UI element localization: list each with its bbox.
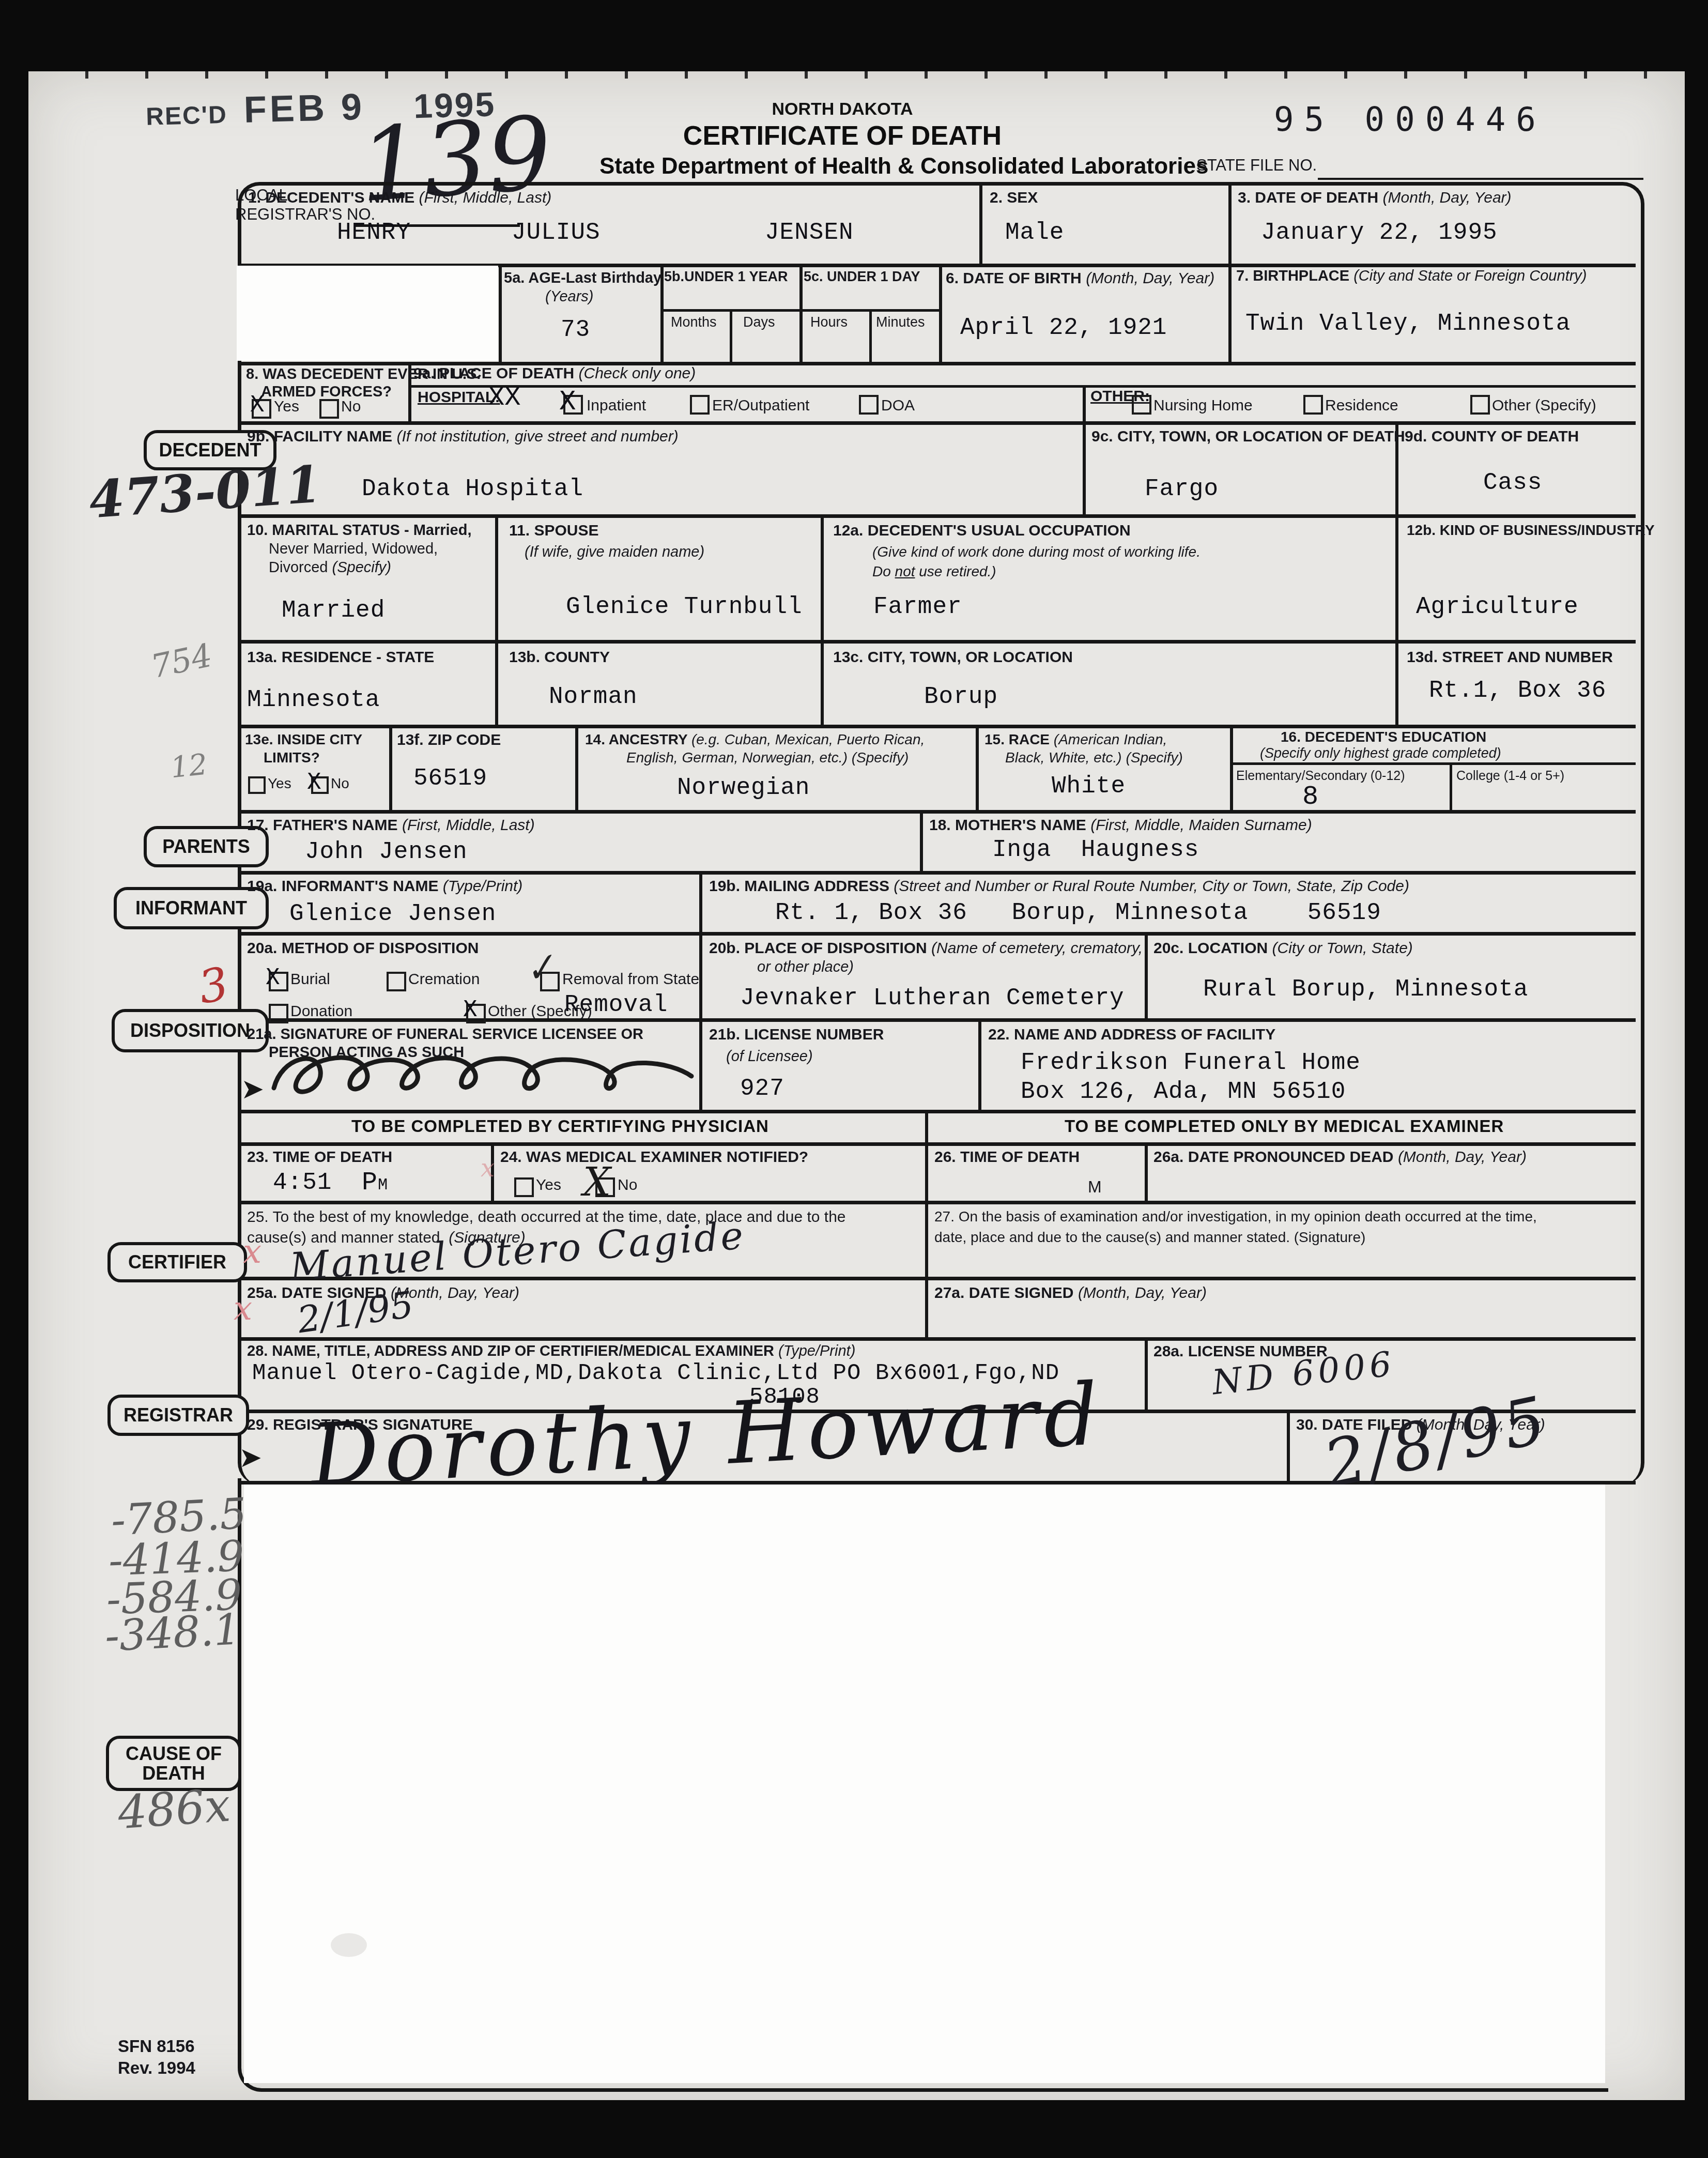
birthplace-value: Twin Valley, Minnesota [1245,310,1571,337]
field26-label: 26. TIME OF DEATH [934,1149,1080,1166]
other-specify-checkbox [1470,395,1490,415]
form-revision: Rev. 1994 [118,2058,195,2078]
field19a-label: 19a. INFORMANT'S NAME (Type/Print) [247,878,522,895]
field20a-label: 20a. METHOD OF DISPOSITION [247,940,479,957]
field9b-label: 9b. FACILITY NAME (If not institution, g… [247,428,679,446]
signature-arrow-icon: ➤ [241,1073,264,1105]
field12b-label: 12b. KIND OF BUSINESS/INDUSTRY [1407,522,1655,539]
pink-x-mark-25: x [243,1233,261,1271]
tab-certifier: CERTIFIER [107,1242,247,1282]
industry-value: Agriculture [1416,593,1579,620]
burial-mark: X [266,965,280,991]
field11-label: 11. SPOUSE [509,522,598,540]
other-disposition-mark: X [463,997,478,1023]
inpatient-label: Inpatient [587,397,646,415]
informant-name-value: Glenice Jensen [289,900,496,927]
mother-name-value: Inga Haugness [992,836,1199,863]
field12a-hint-2: Do not use retired.) [872,563,996,580]
donation-checkbox [269,1004,288,1023]
nursing-home-label: Nursing Home [1153,397,1253,415]
examiner-notified-yes-checkbox [514,1177,534,1197]
state-name: NORTH DAKOTA [599,99,1085,119]
field15-label: 15. RACE (American Indian, [984,731,1167,748]
tab-disposition: DISPOSITION [112,1009,269,1052]
field5b-months-label: Months [671,314,717,330]
examiner-notified-no-mark: X [583,1159,611,1205]
field10-label-2: Never Married, Widowed, [269,541,438,558]
armed-forces-yes-label: Yes [274,398,299,416]
field13e-label-1: 13e. INSIDE CITY [245,731,362,748]
armed-forces-no-checkbox [319,399,339,419]
er-outpatient-label: ER/Outpatient [712,397,809,415]
field27a-label: 27a. DATE SIGNED (Month, Day, Year) [934,1284,1207,1302]
tab-informant: INFORMANT [114,887,269,929]
doa-label: DOA [881,397,915,415]
field9d-label: 9d. COUNTY OF DEATH [1405,428,1579,446]
spouse-value: Glenice Turnbull [566,593,803,620]
field23-label: 23. TIME OF DEATH [247,1149,392,1166]
field24-label: 24. WAS MEDICAL EXAMINER NOTIFIED? [500,1149,808,1166]
field7-label: 7. BIRTHPLACE (City and State or Foreign… [1236,268,1587,285]
field12a-label: 12a. DECEDENT'S USUAL OCCUPATION [833,522,1131,540]
funeral-licensee-signature [269,1039,698,1106]
date-of-death-value: January 22, 1995 [1261,219,1498,246]
field10-label-1: 10. MARITAL STATUS - Married, [247,522,472,539]
field9a-label: 9a. PLACE OF DEATH (Check only one) [413,365,696,382]
field14-label: 14. ANCESTRY (e.g. Cuban, Mexican, Puert… [585,731,925,748]
donation-label: Donation [290,1003,352,1020]
field13c-label: 13c. CITY, TOWN, OR LOCATION [833,649,1073,666]
examiner-notified-no-label: No [618,1176,637,1194]
perforation-edge [28,71,1685,79]
city-of-death-value: Fargo [1145,476,1219,502]
time-of-death-ampm: PM [362,1168,388,1198]
race-value: White [1052,773,1126,800]
field5c-hours-label: Hours [810,314,848,330]
doa-checkbox [859,395,879,415]
field15-hint-2: Black, White, etc.) (Specify) [1005,749,1183,766]
scanned-death-certificate: REC'D FEB 9 1995 LOCAL REGISTRAR'S NO. 1… [0,0,1708,2158]
field20b-hint-2: or other place) [757,959,854,976]
field6-label: 6. DATE OF BIRTH (Month, Day, Year) [946,270,1214,287]
inpatient-mark: X [559,387,576,418]
tab-cause-line2: DEATH [142,1764,205,1783]
date-of-birth-value: April 22, 1921 [960,314,1167,341]
decedent-last-name: JENSEN [765,219,854,246]
other-disposition-value: Removal [564,991,668,1018]
margin-note-12: 12 [169,747,209,785]
informant-address-value: Rt. 1, Box 36 Borup, Minnesota 56519 [775,899,1381,926]
field13e-label-2: LIMITS? [264,749,320,766]
cause-of-death-redaction [244,1484,1605,2083]
ssn-redaction [237,266,498,361]
state-file-number: 95 000446 [1274,101,1546,139]
cremation-label: Cremation [408,971,480,988]
stamp-recd: REC'D [146,101,228,131]
field16-college-label: College (1-4 or 5+) [1456,769,1564,784]
field13a-label: 13a. RESIDENCE - STATE [247,649,434,666]
decedent-first-name: HENRY [337,219,411,246]
facility-name-value: Dakota Hospital [362,476,583,502]
field9c-label: 9c. CITY, TOWN, OR LOCATION OF DEATH [1091,428,1405,446]
field5c-minutes-label: Minutes [876,314,925,330]
state-file-label: STATE FILE NO. [1196,156,1317,175]
tab-cause-line1: CAUSE OF [126,1744,222,1764]
field28-label: 28. NAME, TITLE, ADDRESS AND ZIP OF CERT… [247,1343,855,1360]
field26a-label: 26a. DATE PRONOUNCED DEAD (Month, Day, Y… [1153,1149,1527,1166]
residence-label: Residence [1325,397,1398,415]
field16-label: 16. DECEDENT'S EDUCATION [1281,729,1486,745]
field27-text-1: 27. On the basis of examination and/or i… [934,1208,1537,1225]
city-limits-no-label: No [331,775,349,792]
hospital-label: HOSPITAL: [418,389,500,406]
other-disposition-underline [556,1019,694,1022]
registrar-arrow-icon: ➤ [239,1441,262,1474]
place-of-disposition-value: Jevnaker Lutheran Cemetery [740,985,1125,1012]
residence-checkbox [1303,395,1323,415]
field22-label: 22. NAME AND ADDRESS OF FACILITY [988,1026,1275,1044]
er-outpatient-checkbox [690,395,710,415]
removal-from-state-label: Removal from State [562,971,699,988]
pink-x-mark-25a: x [234,1290,252,1328]
field16-hint: (Specify only highest grade completed) [1260,745,1501,761]
field19b-label: 19b. MAILING ADDRESS (Street and Number … [709,878,1409,895]
tab-registrar: REGISTRAR [107,1395,249,1436]
margin-note-486x: 486x [116,1779,232,1840]
marital-status-value: Married [282,597,385,624]
license-number-value: 927 [740,1075,784,1102]
city-limits-yes-checkbox [248,776,266,794]
field5a-label: 5a. AGE-Last Birthday [504,270,661,287]
residence-street-value: Rt.1, Box 36 [1429,677,1606,704]
armed-forces-yes-mark: X [250,392,265,419]
hospital-typed-xx: XX [488,382,520,413]
field18-label: 18. MOTHER'S NAME (First, Middle, Maiden… [929,817,1312,834]
form-title-block: NORTH DAKOTA CERTIFICATE OF DEATH State … [599,99,1085,179]
ancestry-value: Norwegian [677,774,810,801]
education-value: 8 [1302,782,1319,812]
city-limits-no-mark: X [307,769,321,796]
field26-m-suffix: M [1088,1177,1102,1197]
age-value: 73 [561,316,590,343]
other-specify-label: Other (Specify) [1492,397,1596,415]
certificate-title: CERTIFICATE OF DEATH [599,120,1085,151]
field12a-hint-1: (Give kind of work done during most of w… [872,544,1201,560]
decedent-middle-name: JULIUS [512,219,601,246]
field5a-hint: (Years) [545,288,593,305]
field27-text-2: date, place and due to the cause(s) and … [934,1229,1365,1246]
field14-hint-2: English, German, Norwegian, etc.) (Speci… [626,749,909,766]
state-file-underline [1318,178,1643,180]
armed-forces-no-label: No [341,398,361,416]
field21b-label: 21b. LICENSE NUMBER [709,1026,884,1044]
field16-elementary-label: Elementary/Secondary (0-12) [1236,769,1405,784]
field25-text-1: 25. To the best of my knowledge, death o… [247,1208,846,1226]
residence-state-value: Minnesota [247,686,380,713]
facility-address-line2: Box 126, Ada, MN 56510 [1021,1078,1346,1105]
field5c-label: 5c. UNDER 1 DAY [804,269,920,285]
field10-label-3: Divorced (Specify) [269,559,391,576]
smudge [331,1933,367,1957]
field13b-label: 13b. COUNTY [509,649,610,666]
field1-label: 1. DECEDENT'S NAME (First, Middle, Last) [248,189,551,207]
zip-code-value: 56519 [413,765,487,792]
nursing-home-checkbox [1132,395,1151,415]
burial-label: Burial [290,971,330,988]
residence-city-value: Borup [924,683,998,710]
residence-county-value: Norman [549,683,638,710]
father-name-value: John Jensen [305,838,468,865]
field5b-label: 5b.UNDER 1 YEAR [664,269,788,285]
occupation-value: Farmer [873,593,962,620]
field3-label: 3. DATE OF DEATH (Month, Day, Year) [1238,189,1512,207]
form-number: SFN 8156 [118,2037,195,2056]
margin-note-348: -348.1 [104,1605,242,1661]
field11-hint: (If wife, give maiden name) [525,544,704,561]
field2-label: 2. SEX [990,189,1038,207]
sex-value: Male [1005,219,1064,246]
physician-section-header: TO BE COMPLETED BY CERTIFYING PHYSICIAN [351,1116,769,1136]
stamp-date: FEB 9 [243,86,365,131]
field20c-label: 20c. LOCATION (City or Town, State) [1153,940,1413,957]
pink-check-mark-24: x [481,1154,495,1183]
county-of-death-value: Cass [1483,469,1542,496]
field20b-label: 20b. PLACE OF DISPOSITION (Name of cemet… [709,940,1143,957]
field5b-days-label: Days [743,314,775,330]
department-subtitle: State Department of Health & Consolidate… [599,154,1085,179]
field13f-label: 13f. ZIP CODE [397,731,501,749]
field17-label: 17. FATHER'S NAME (First, Middle, Last) [247,817,535,834]
city-limits-yes-label: Yes [268,775,291,792]
disposition-location-value: Rural Borup, Minnesota [1203,976,1528,1003]
examiner-section-header: TO BE COMPLETED ONLY BY MEDICAL EXAMINER [1065,1116,1504,1136]
field13d-label: 13d. STREET AND NUMBER [1407,649,1613,666]
time-of-death-value: 4:51 [273,1169,332,1196]
facility-name-line1: Fredrikson Funeral Home [1021,1049,1361,1076]
field21b-hint: (of Licensee) [726,1048,813,1065]
cremation-checkbox [387,972,406,991]
examiner-notified-yes-label: Yes [536,1176,561,1194]
